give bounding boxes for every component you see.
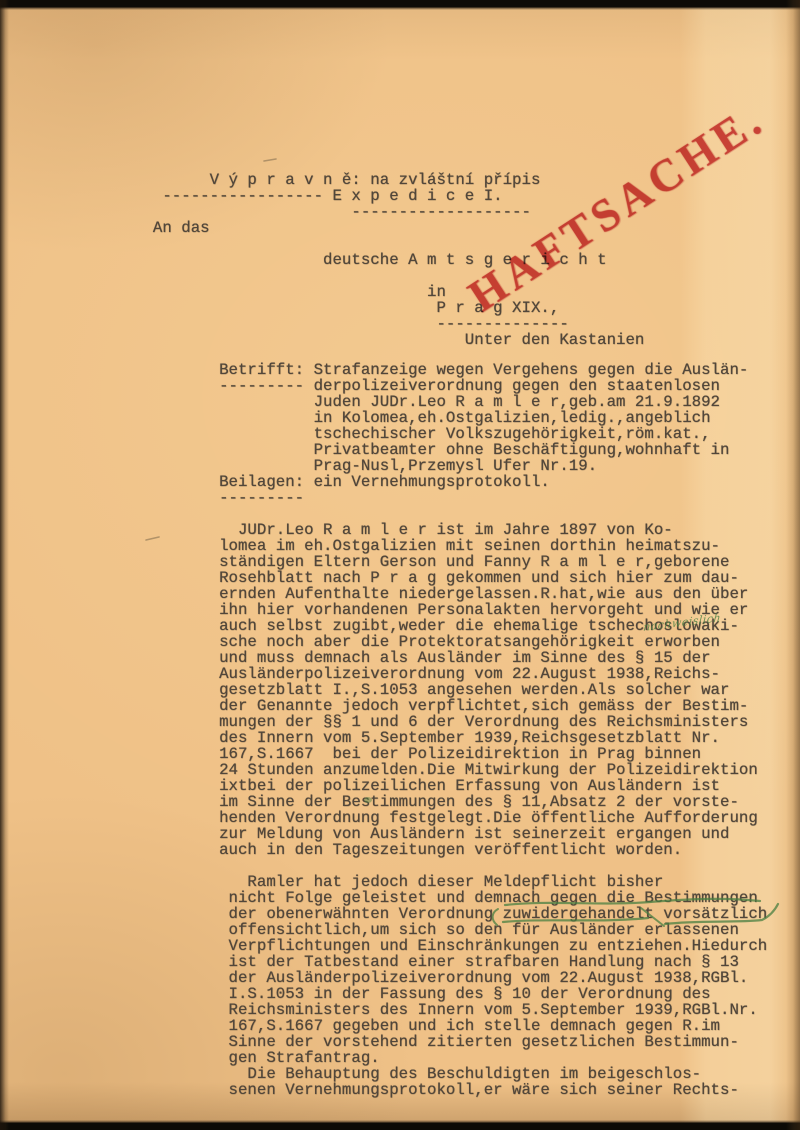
scan-border-bottom: [0, 1120, 800, 1130]
body-paragraph-3: Die Behauptung des Beschuldigten im beig…: [134, 1066, 739, 1098]
scan-border-top: [0, 0, 800, 10]
document-page: V ý p r a v n ě: na zvláštní přípis ----…: [0, 0, 800, 1130]
body-paragraph-1: JUDr.Leo R a m l e r ist im Jahre 1897 v…: [134, 522, 758, 858]
pencil-tick-top: [264, 159, 276, 161]
body-paragraph-2: Ramler hat jedoch dieser Meldepflicht bi…: [134, 874, 767, 1066]
subject-betrifft-block: Betrifft: Strafanzeige wegen Vergehens g…: [134, 362, 748, 506]
scan-border-right: [786, 0, 800, 1130]
scan-border-left: [0, 0, 9, 1130]
